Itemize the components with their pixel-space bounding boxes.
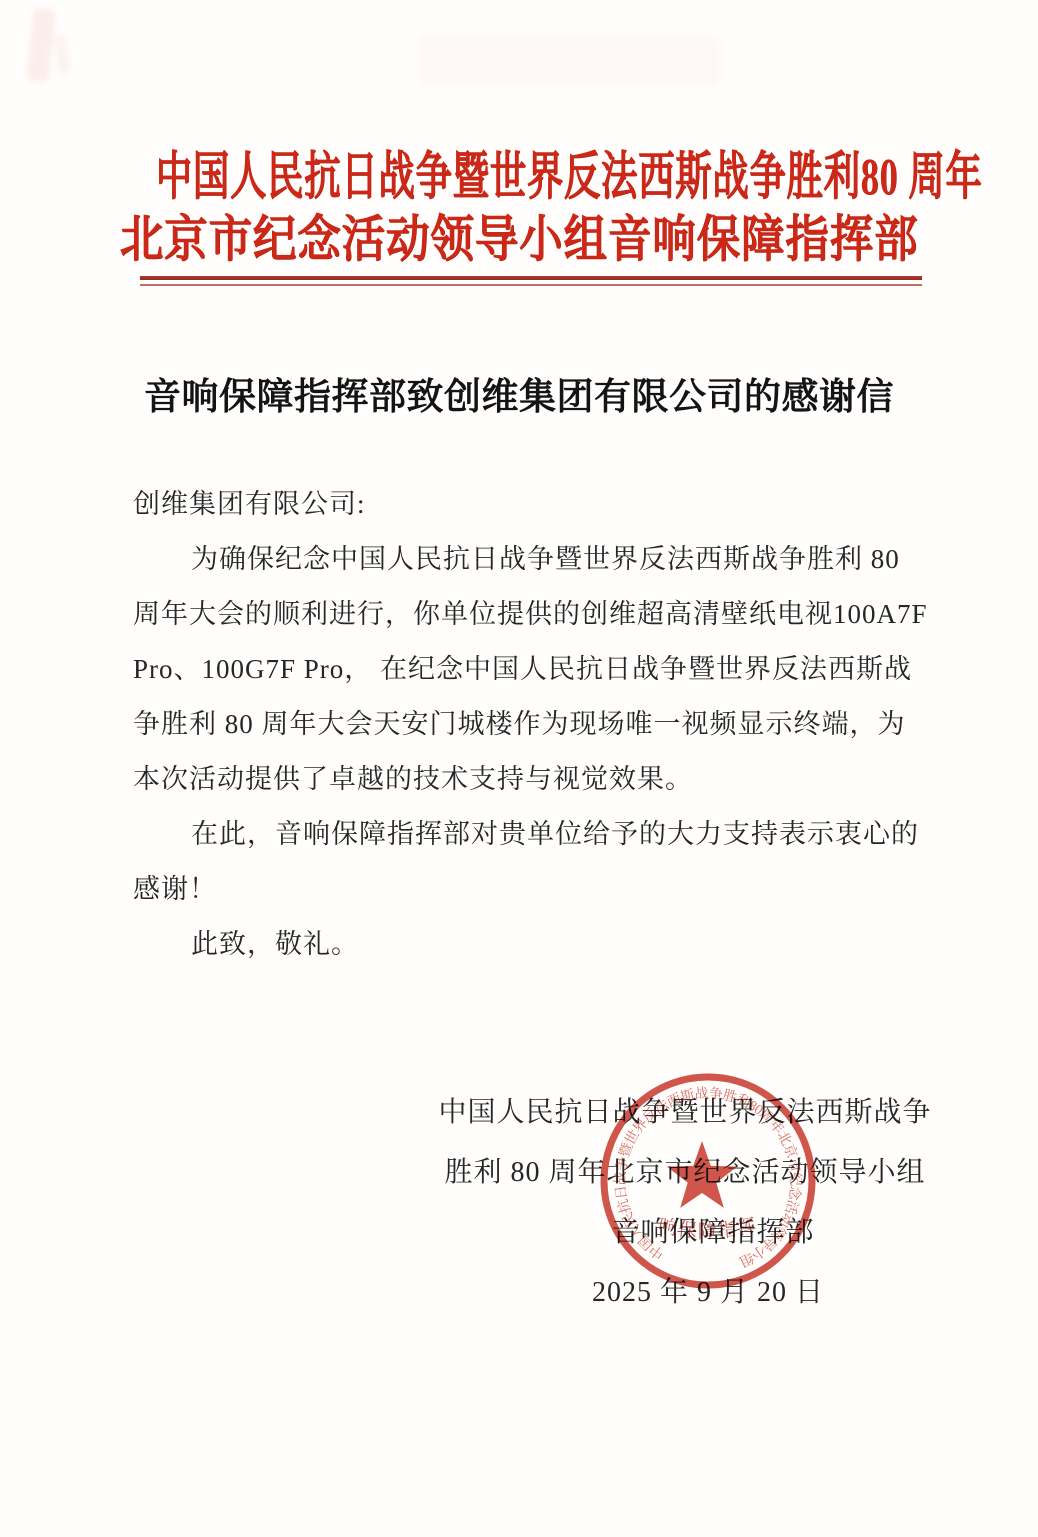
official-seal: 中国人民抗日战争暨世界反法西斯战争胜利80周年北京市纪念活动领导小组 音响保障指… [598,1070,818,1294]
body-line: 为确保纪念中国人民抗日战争暨世界反法西斯战争胜利 80 [133,532,923,587]
letterhead-line-1: 中国人民抗日战争暨世界反法西斯战争胜利80 周年 [156,148,883,208]
body-line: 感谢！ [133,862,923,917]
body-line: 在此，音响保障指挥部对贵单位给予的大力支持表示衷心的 [133,807,923,862]
closing-line: 此致，敬礼。 [133,917,923,972]
letterhead-line-2: 北京市纪念活动领导小组音响保障指挥部 [67,210,970,268]
body-line: 争胜利 80 周年大会天安门城楼作为现场唯一视频显示终端，为 [133,697,923,752]
seal-star-icon [667,1141,737,1208]
body-line: 周年大会的顺利进行，你单位提供的创维超高清壁纸电视100A7F [133,587,923,642]
divider-thin-line [140,284,922,286]
letter-body: 创维集团有限公司: 为确保纪念中国人民抗日战争暨世界反法西斯战争胜利 80 周年… [133,477,923,972]
letter-title: 音响保障指挥部致创维集团有限公司的感谢信 [0,376,1038,420]
scan-artifact [53,33,70,74]
body-line: Pro、100G7F Pro， 在纪念中国人民抗日战争暨世界反法西斯战 [133,642,923,697]
scan-artifact [420,36,720,86]
letter-page: 中国人民抗日战争暨世界反法西斯战争胜利80 周年 北京市纪念活动领导小组音响保障… [0,0,1038,1537]
letterhead-divider [140,276,922,288]
scan-artifact [26,7,56,83]
body-line: 本次活动提供了卓越的技术支持与视觉效果。 [133,752,923,807]
salutation: 创维集团有限公司: [133,477,923,532]
